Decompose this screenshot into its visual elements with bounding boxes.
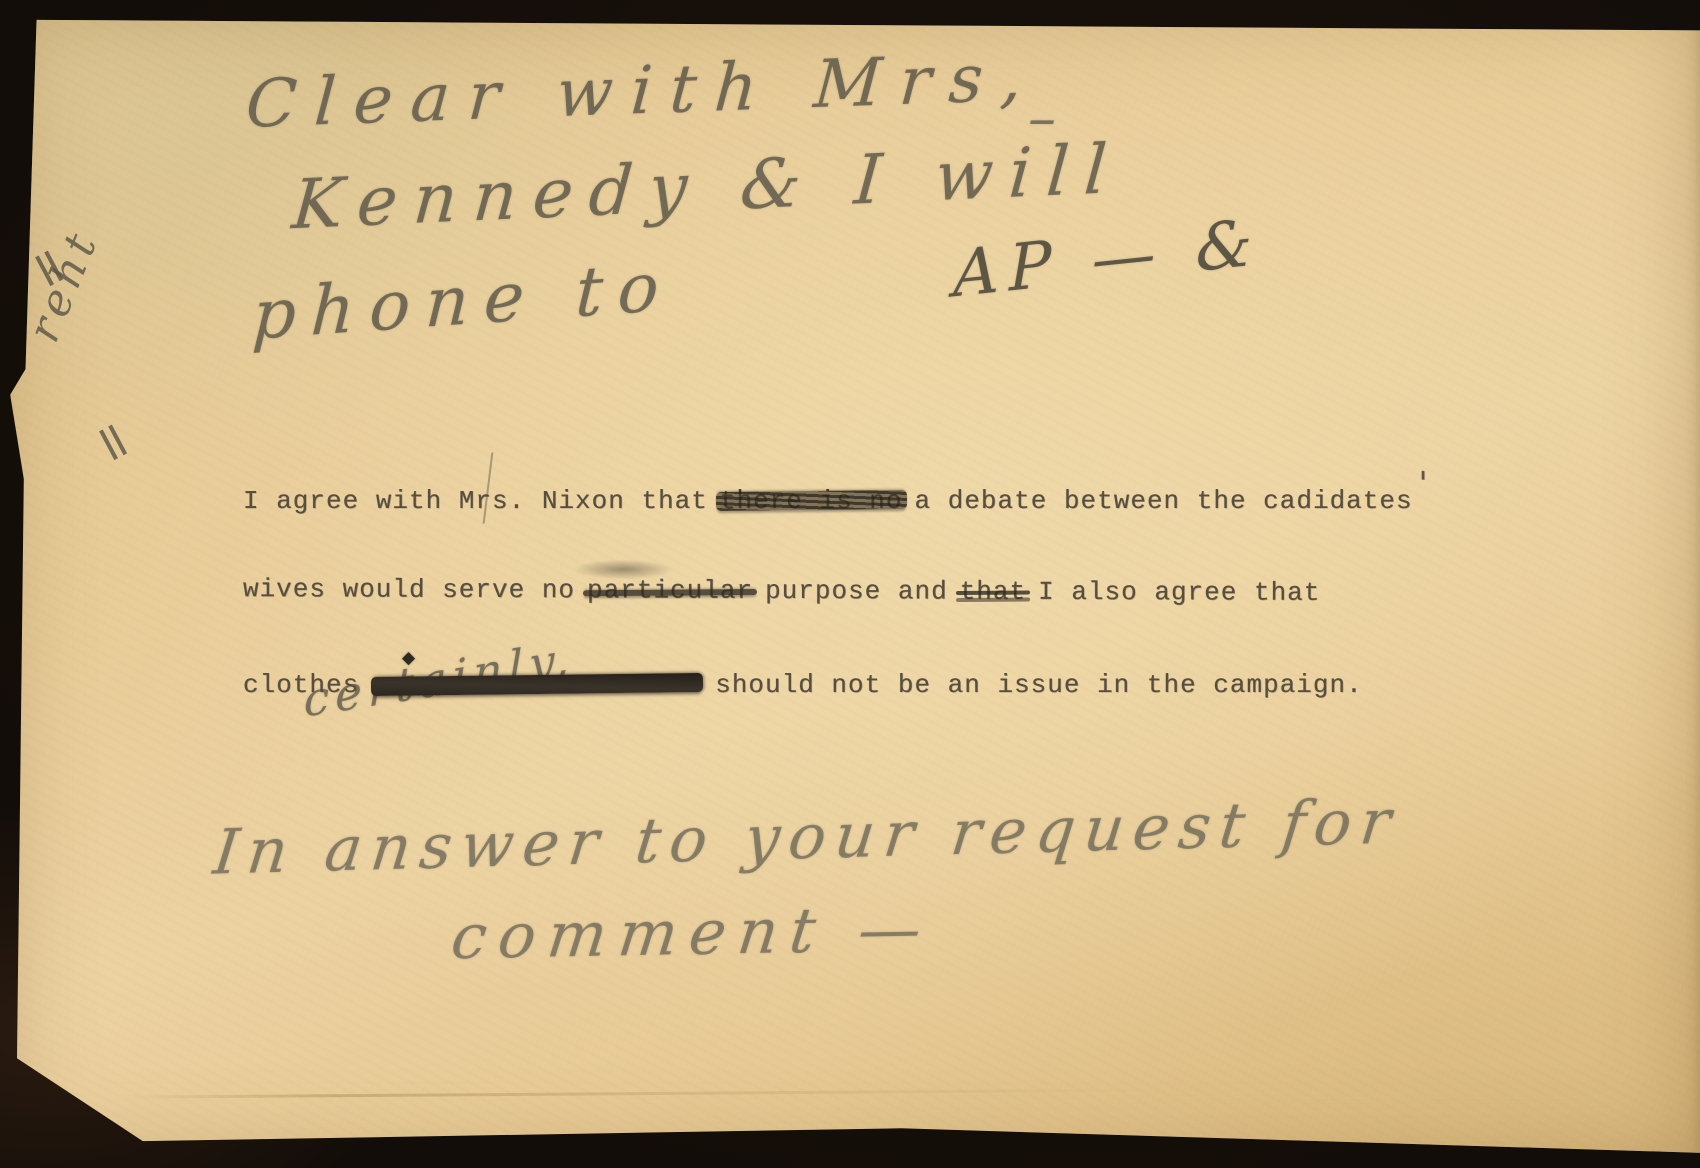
handwritten-top-line1: Clear with Mrs, [244,38,1043,143]
scanned-document-photo: Clear with Mrs, – Kennedy & I will phone… [0,0,1700,1168]
handwritten-bottom-line1: In answer to your request for [210,784,1403,888]
typed-line1-pre: I agree with Mrs. Nixon that [243,486,708,516]
typed-line-2: wives would serve noparticularpurpose an… [243,574,1321,608]
handwritten-top-line2: Kennedy & I will [289,130,1125,246]
typed-line1-post: a debate between the cadidates [915,486,1413,516]
margin-tick-top: = [13,235,86,302]
handwritten-dash-mark: – [1028,86,1056,151]
pencil-slash-mark [483,452,494,524]
typed-line2-post: I also agree that [1038,577,1320,608]
blackout-scribble [371,673,703,696]
struck-word-line1: there is no [720,486,903,516]
typed-line3-post: should not be an issue in the campaign. [715,670,1363,700]
typed-line3-pre: clothes [243,670,359,700]
handwritten-top-line3-left: phone to [250,247,675,356]
pencil-apostrophe: ' [1419,464,1429,502]
struck-word-particular: particular [587,575,753,606]
paper-crease [120,1088,1180,1098]
margin-annotation: reht [18,221,109,349]
struck-word-that: that [960,577,1027,607]
typed-line-3: clothesshould not be an issue in the cam… [243,670,1363,700]
margin-tick-bottom: = [77,409,150,476]
pencil-insertion-certainly: certainly, [303,630,575,727]
typed-line-1: I agree with Mrs. Nixon thatthere is noa… [243,478,1428,516]
handwritten-bottom-line2: comment — [448,892,938,974]
handwritten-top-line3-right: AP — & [952,206,1263,313]
paper-sheet: Clear with Mrs, – Kennedy & I will phone… [0,0,1700,1168]
typed-line2-pre: wives would serve no [243,574,575,605]
insertion-caret-mark: ◆ [402,648,415,668]
typed-line2-mid: purpose and [765,576,948,607]
